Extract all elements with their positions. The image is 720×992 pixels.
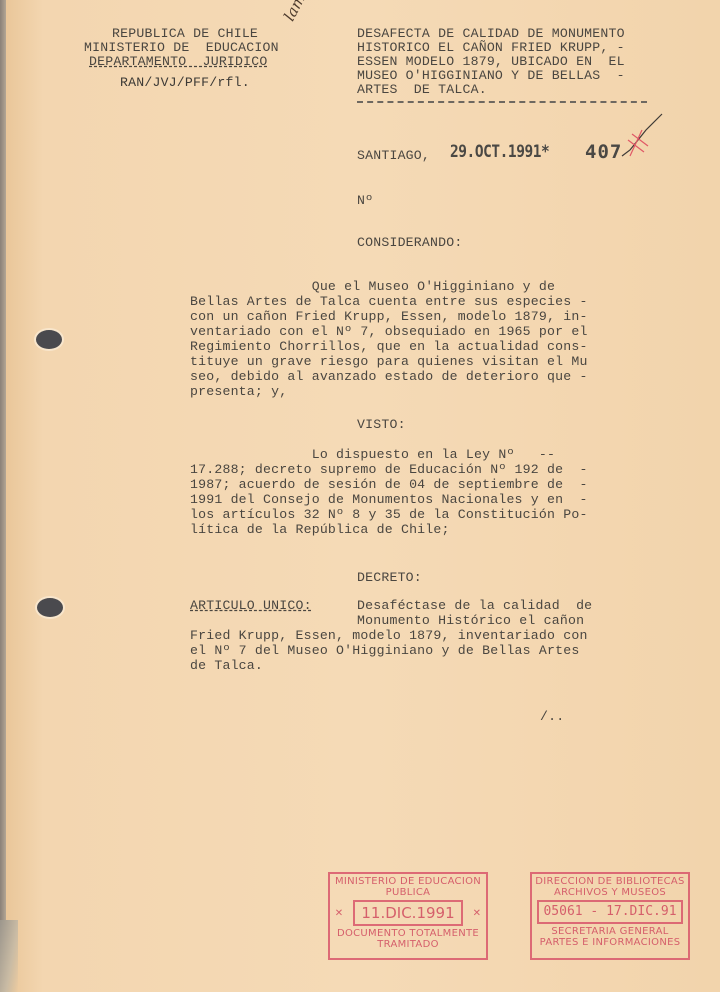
considerando-heading: CONSIDERANDO: xyxy=(357,235,462,250)
punch-hole xyxy=(37,598,63,617)
body-line: seo, debido al avanzado estado de deteri… xyxy=(190,369,588,384)
page-edge xyxy=(0,0,6,992)
body-line: Regimiento Chorrillos, que en la actuali… xyxy=(190,339,588,354)
reference-code: RAN/JVJ/PFF/rfl. xyxy=(120,75,250,90)
body-line: Bellas Artes de Talca cuenta entre sus e… xyxy=(190,294,588,309)
body-line: los artículos 32 Nº 8 y 35 de la Constit… xyxy=(190,507,588,522)
subject-line: MUSEO O'HIGGINIANO Y DE BELLAS - xyxy=(357,68,625,83)
body-line: Fried Krupp, Essen, modelo 1879, inventa… xyxy=(190,628,588,643)
body-line: Desaféctase de la calidad de xyxy=(357,598,592,613)
direccion-stamp: DIRECCION DE BIBLIOTECAS ARCHIVOS Y MUSE… xyxy=(530,872,690,960)
subject-line: DESAFECTA DE CALIDAD DE MONUMENTO xyxy=(357,26,625,41)
letterhead-republic: REPUBLICA DE CHILE xyxy=(112,26,258,41)
body-line: el Nº 7 del Museo O'Higginiano y de Bell… xyxy=(190,643,579,658)
letterhead-ministry: MINISTERIO DE EDUCACION xyxy=(84,40,279,55)
body-line: 17.288; decreto supremo de Educación Nº … xyxy=(190,462,588,477)
body-line: de Talca. xyxy=(190,658,263,673)
handwritten-note: lamp unum xyxy=(280,0,336,24)
article-label: ARTICULO UNICO: xyxy=(190,598,312,613)
stamp-text: DIRECCION DE BIBLIOTECAS xyxy=(532,876,688,887)
date-stamp: 29.OCT.1991* xyxy=(450,145,549,160)
stamp-text: PUBLICA xyxy=(330,887,486,898)
dateline-place: SANTIAGO, xyxy=(357,148,430,163)
body-line: 1991 del Consejo de Monumentos Nacionale… xyxy=(190,492,588,507)
subject-line: ESSEN MODELO 1879, UBICADO EN EL xyxy=(357,54,625,69)
number-label: Nº xyxy=(357,193,373,208)
body-line: con un cañon Fried Krupp, Essen, modelo … xyxy=(190,309,588,324)
body-line: 1987; acuerdo de sesión de 04 de septiem… xyxy=(190,477,588,492)
page-curl xyxy=(0,920,18,992)
stamp-x-icon: ✕ xyxy=(473,908,482,919)
document-page: REPUBLICA DE CHILE MINISTERIO DE EDUCACI… xyxy=(0,0,720,992)
stamp-text: TRAMITADO xyxy=(330,939,486,950)
stamp-date: 11.DIC.1991 xyxy=(353,900,462,926)
punch-hole xyxy=(36,330,62,349)
body-line: tituye un grave riesgo para quienes visi… xyxy=(190,354,588,369)
body-line: Lo dispuesto en la Ley Nº -- xyxy=(190,447,555,462)
decreto-heading: DECRETO: xyxy=(357,570,422,585)
visto-heading: VISTO: xyxy=(357,417,406,432)
body-line: presenta; y, xyxy=(190,384,287,399)
stamp-text: SECRETARIA GENERAL xyxy=(532,926,688,937)
continuation-mark: /.. xyxy=(540,709,564,724)
stamp-text: MINISTERIO DE EDUCACION xyxy=(330,876,486,887)
body-line: lítica de la República de Chile; xyxy=(190,522,450,537)
stamp-x-icon: ✕ xyxy=(335,908,344,919)
subject-divider xyxy=(357,101,647,103)
stamp-text: DOCUMENTO TOTALMENTE xyxy=(330,928,486,939)
stamp-text: PARTES E INFORMACIONES xyxy=(532,937,688,948)
body-line: ventariado con el Nº 7, obsequiado en 19… xyxy=(190,324,588,339)
ministerio-stamp: MINISTERIO DE EDUCACION PUBLICA ✕ 11.DIC… xyxy=(328,872,488,960)
check-mark-icon xyxy=(618,112,688,160)
body-line: Que el Museo O'Higginiano y de xyxy=(190,279,555,294)
letterhead-department: DEPARTAMENTO JURIDICO xyxy=(89,54,268,69)
decree-number-stamp: 407 xyxy=(585,145,622,160)
subject-line: ARTES DE TALCA. xyxy=(357,82,487,97)
subject-line: HISTORICO EL CAÑON FRIED KRUPP, - xyxy=(357,40,625,55)
stamp-entry: 05061 - 17.DIC.91 xyxy=(537,900,682,924)
stamp-text: ARCHIVOS Y MUSEOS xyxy=(532,887,688,898)
body-line: Monumento Histórico el cañon xyxy=(357,613,584,628)
